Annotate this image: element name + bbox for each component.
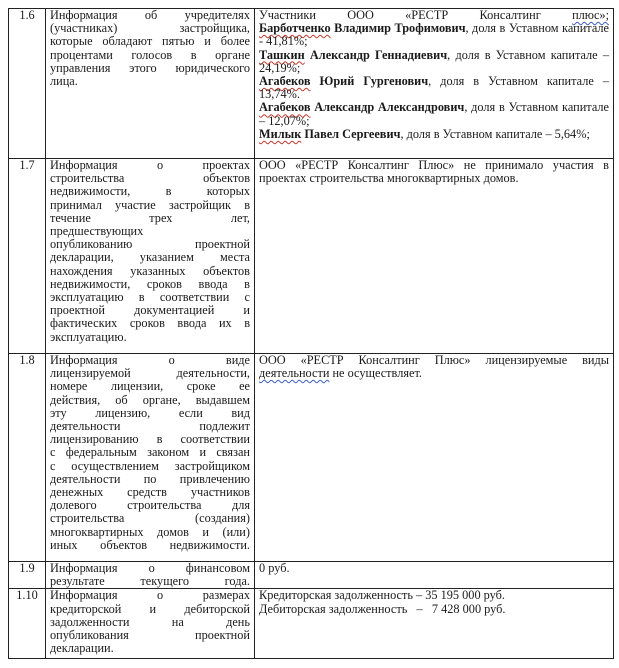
row-number: 1.6 <box>9 9 46 159</box>
row-value: 0 руб. <box>255 562 614 589</box>
row-value: ООО «РЕСТР Консалтинг Плюс» лицензируемы… <box>255 354 614 562</box>
table-row: 1.9 Информация о финансовом результате т… <box>9 562 614 589</box>
participant: Барботченко Владимир Трофимович, доля в … <box>259 21 609 48</box>
row-description: Информация о проектах строительства объе… <box>46 159 255 354</box>
debtor-debt: Дебиторская задолженность – 7 428 000 ру… <box>259 603 609 616</box>
row-number: 1.10 <box>9 589 46 659</box>
participant: Агабеков Юрий Гургенович, доля в Уставно… <box>259 74 609 101</box>
table-row: 1.10 Информация о размерах кредиторской … <box>9 589 614 659</box>
row-number: 1.7 <box>9 159 46 354</box>
participant: Агабеков Александр Александрович, доля в… <box>259 100 609 127</box>
table-row: 1.7 Информация о проектах строительства … <box>9 159 614 354</box>
row-value: ООО «РЕСТР Консалтинг Плюс» не принимало… <box>255 159 614 354</box>
row-description: Информация об учредителях (участниках) з… <box>46 9 255 159</box>
table-row: 1.8 Информация о виде лицензируемой деят… <box>9 354 614 562</box>
row-number: 1.8 <box>9 354 46 562</box>
row-description: Информация о размерах кредиторской и деб… <box>46 589 255 659</box>
disclosure-table: 1.6 Информация об учредителях (участника… <box>8 8 614 659</box>
participant: Милык Павел Сергеевич, доля в Уставном к… <box>259 127 590 141</box>
row-value: Кредиторская задолженность – 35 195 000 … <box>255 589 614 659</box>
row-description: Информация о финансовом результате текущ… <box>46 562 255 589</box>
row-number: 1.9 <box>9 562 46 589</box>
table-row: 1.6 Информация об учредителях (участника… <box>9 9 614 159</box>
creditor-debt: Кредиторская задолженность – 35 195 000 … <box>259 589 609 602</box>
row-description: Информация о виде лицензируемой деятельн… <box>46 354 255 562</box>
row-value: Участники ООО «РЕСТР Консалтинг плюс»; Б… <box>255 9 614 159</box>
participant: Ташкин Александр Геннадиевич, доля в Уст… <box>259 48 609 75</box>
